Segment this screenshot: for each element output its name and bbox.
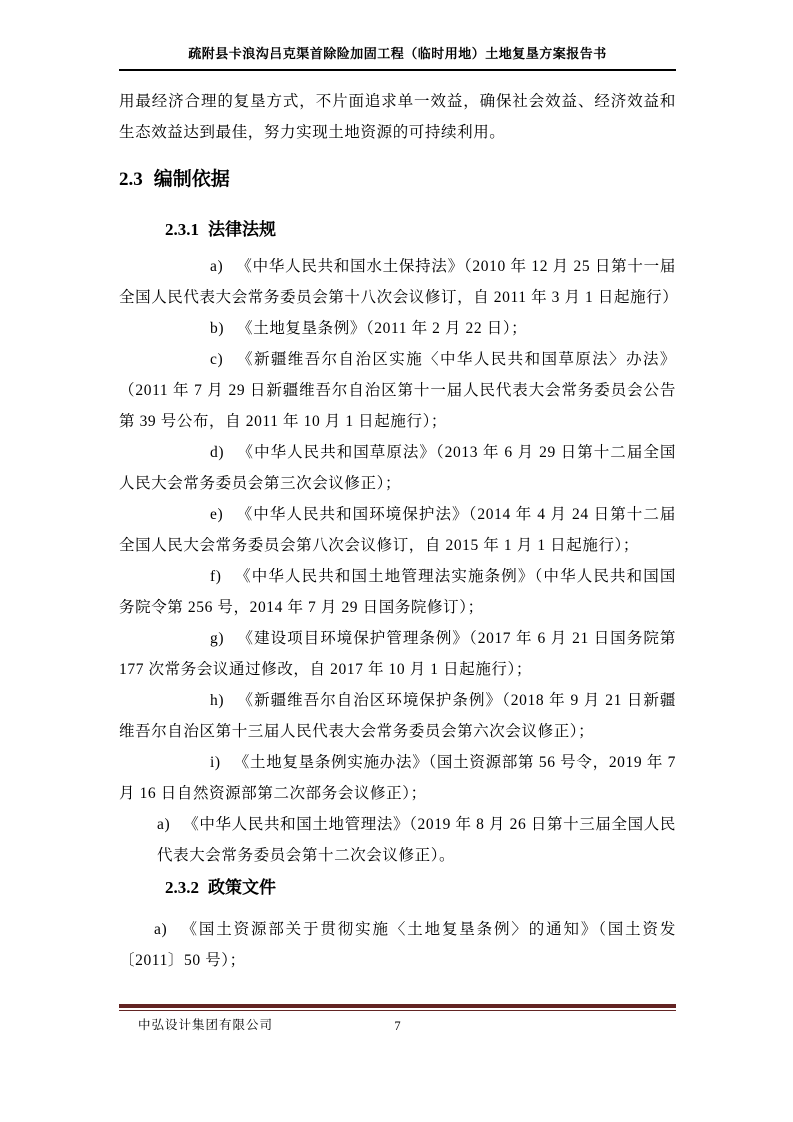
intro-paragraph: 用最经济合理的复垦方式，不片面追求单一效益，确保社会效益、经济效益和生态效益达到… bbox=[119, 86, 676, 148]
subsection-title: 政策文件 bbox=[208, 878, 276, 897]
item-text: 《土地复垦条例》（2011 年 2 月 22 日）； bbox=[237, 320, 527, 337]
list-item: c)《新疆维吾尔自治区实施〈中华人民共和国草原法〉办法》（2011 年 7 月 … bbox=[119, 344, 676, 437]
subsection-heading-2-3-1: 2.3.1法律法规 bbox=[165, 220, 676, 240]
item-marker: a) bbox=[154, 921, 167, 938]
list-item: h)《新疆维吾尔自治区环境保护条例》（2018 年 9 月 21 日新疆维吾尔自… bbox=[119, 685, 676, 747]
list-item: g)《建设项目环境保护管理条例》（2017 年 6 月 21 日国务院第 177… bbox=[119, 623, 676, 685]
item-marker: e) bbox=[210, 506, 223, 523]
subsection-number: 2.3.1 bbox=[165, 220, 199, 239]
item-marker: d) bbox=[210, 444, 224, 461]
item-marker: a) bbox=[210, 258, 223, 275]
page-header: 疏附县卡浪沟吕克渠首除险加固工程（临时用地）土地复垦方案报告书 bbox=[119, 46, 676, 71]
list-item: e)《中华人民共和国环境保护法》（2014 年 4 月 24 日第十二届全国人民… bbox=[119, 499, 676, 561]
item-marker: b) bbox=[210, 320, 224, 337]
item-marker: f) bbox=[210, 568, 222, 585]
list-item: f)《中华人民共和国土地管理法实施条例》（中华人民共和国国务院令第 256 号，… bbox=[119, 561, 676, 623]
section-heading-2-3: 2.3编制依据 bbox=[119, 169, 676, 191]
list-item: a)《国土资源部关于贯彻实施〈土地复垦条例〉的通知》（国土资发〔2011〕50 … bbox=[119, 914, 676, 976]
document-page: 疏附县卡浪沟吕克渠首除险加固工程（临时用地）土地复垦方案报告书 用最经济合理的复… bbox=[0, 0, 793, 1122]
footer-rule bbox=[119, 1004, 676, 1011]
item-marker: a) bbox=[157, 816, 170, 833]
item-text: 《土地复垦条例实施办法》（国土资源部第 56 号令，2019 年 7 月 16 … bbox=[119, 754, 676, 802]
law-list: a)《中华人民共和国水土保持法》（2010 年 12 月 25 日第十一届全国人… bbox=[119, 251, 676, 809]
section-title: 编制依据 bbox=[154, 169, 230, 190]
item-text: 《建设项目环境保护管理条例》（2017 年 6 月 21 日国务院第 177 次… bbox=[119, 630, 676, 678]
list-item: d)《中华人民共和国草原法》（2013 年 6 月 29 日第十二届全国人民大会… bbox=[119, 437, 676, 499]
list-item: a)《中华人民共和国土地管理法》（2019 年 8 月 26 日第十三届全国人民… bbox=[157, 809, 676, 871]
list-item: a)《中华人民共和国水土保持法》（2010 年 12 月 25 日第十一届全国人… bbox=[119, 251, 676, 313]
page-number: 7 bbox=[394, 1017, 400, 1035]
subsection-number: 2.3.2 bbox=[165, 878, 199, 897]
footer-company: 中弘设计集团有限公司 bbox=[138, 1018, 273, 1032]
item-text: 《新疆维吾尔自治区环境保护条例》（2018 年 9 月 21 日新疆维吾尔自治区… bbox=[119, 692, 676, 740]
item-marker: i) bbox=[210, 754, 221, 771]
item-marker: h) bbox=[210, 692, 224, 709]
item-text: 《中华人民共和国环境保护法》（2014 年 4 月 24 日第十二届全国人民大会… bbox=[119, 506, 676, 554]
item-text: 《中华人民共和国水土保持法》（2010 年 12 月 25 日第十一届全国人民代… bbox=[119, 258, 678, 306]
item-text: 《新疆维吾尔自治区实施〈中华人民共和国草原法〉办法》（2011 年 7 月 29… bbox=[119, 351, 676, 430]
item-text: 《国土资源部关于贯彻实施〈土地复垦条例〉的通知》（国土资发〔2011〕50 号）… bbox=[119, 921, 676, 969]
document-body: 用最经济合理的复垦方式，不片面追求单一效益，确保社会效益、经济效益和生态效益达到… bbox=[119, 86, 676, 976]
item-text: 《中华人民共和国土地管理法实施条例》（中华人民共和国国务院令第 256 号，20… bbox=[119, 568, 676, 616]
header-title: 疏附县卡浪沟吕克渠首除险加固工程（临时用地）土地复垦方案报告书 bbox=[188, 46, 607, 61]
subsection-heading-2-3-2: 2.3.2政策文件 bbox=[165, 878, 676, 898]
page-footer: 中弘设计集团有限公司 7 bbox=[119, 1004, 676, 1034]
section-number: 2.3 bbox=[119, 169, 143, 190]
list-item: b)《土地复垦条例》（2011 年 2 月 22 日）； bbox=[119, 313, 676, 344]
item-marker: g) bbox=[210, 630, 224, 647]
footer-row: 中弘设计集团有限公司 7 bbox=[119, 1016, 676, 1034]
list-item: i)《土地复垦条例实施办法》（国土资源部第 56 号令，2019 年 7 月 1… bbox=[119, 747, 676, 809]
policy-list: a)《国土资源部关于贯彻实施〈土地复垦条例〉的通知》（国土资发〔2011〕50 … bbox=[119, 914, 676, 976]
item-text: 《中华人民共和国草原法》（2013 年 6 月 29 日第十二届全国人民大会常务… bbox=[119, 444, 676, 492]
subsection-title: 法律法规 bbox=[208, 220, 276, 239]
item-marker: c) bbox=[210, 351, 223, 368]
item-text: 《中华人民共和国土地管理法》（2019 年 8 月 26 日第十三届全国人民代表… bbox=[157, 816, 676, 864]
